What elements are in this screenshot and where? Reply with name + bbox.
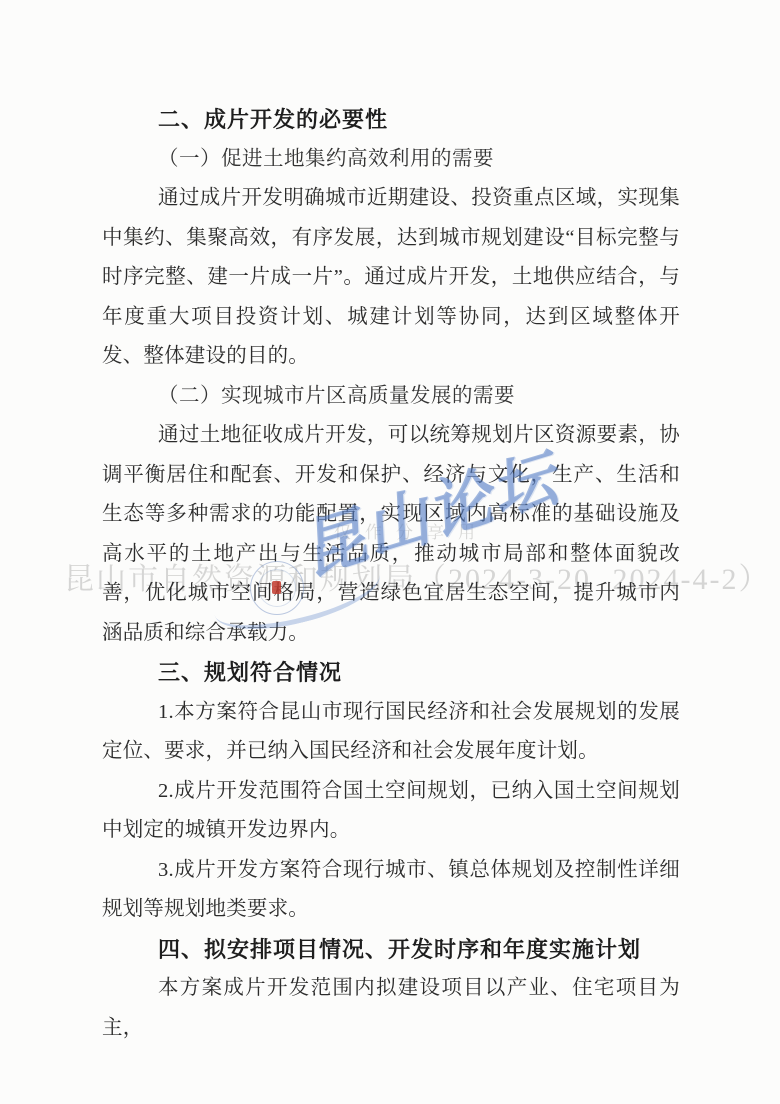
section-heading-necessity: 二、成片开发的必要性 xyxy=(102,100,680,140)
section-heading-projects: 四、拟安排项目情况、开发时序和年度实施计划 xyxy=(102,930,680,970)
paragraph-land-use: 通过成片开发明确城市近期建设、投资重点区域，实现集中集约、集聚高效，有序发展，达… xyxy=(102,179,680,377)
subsection-heading-high-quality: （二）实现城市片区高质量发展的需要 xyxy=(102,377,680,417)
forum-seal-red-mark-icon xyxy=(272,581,281,594)
paragraph-conformity-2: 2.成片开发范围符合国土空间规划，已纳入国土空间规划中划定的城镇开发边界内。 xyxy=(102,772,680,851)
section-heading-plan-conformity: 三、规划符合情况 xyxy=(102,653,680,693)
paragraph-conformity-3: 3.成片开发方案符合现行城市、镇总体规划及控制性详细规划等规划地类要求。 xyxy=(102,851,680,930)
paragraph-conformity-1: 1.本方案符合昆山市现行国民经济和社会发展规划的发展定位、要求，并已纳入国民经济… xyxy=(102,693,680,772)
forum-seal-icon xyxy=(250,561,304,615)
subsection-heading-land-use: （一）促进土地集约高效利用的需要 xyxy=(102,140,680,180)
paragraph-projects: 本方案成片开发范围内拟建设项目以产业、住宅项目为主， xyxy=(102,969,680,1048)
scanned-document-page: 昆山市自然资源和规划局（2024-3-20 2024-4-2） 仅作分享用 二、… xyxy=(0,0,780,1104)
document-body: 二、成片开发的必要性 （一）促进土地集约高效利用的需要 通过成片开发明确城市近期… xyxy=(102,100,680,1048)
